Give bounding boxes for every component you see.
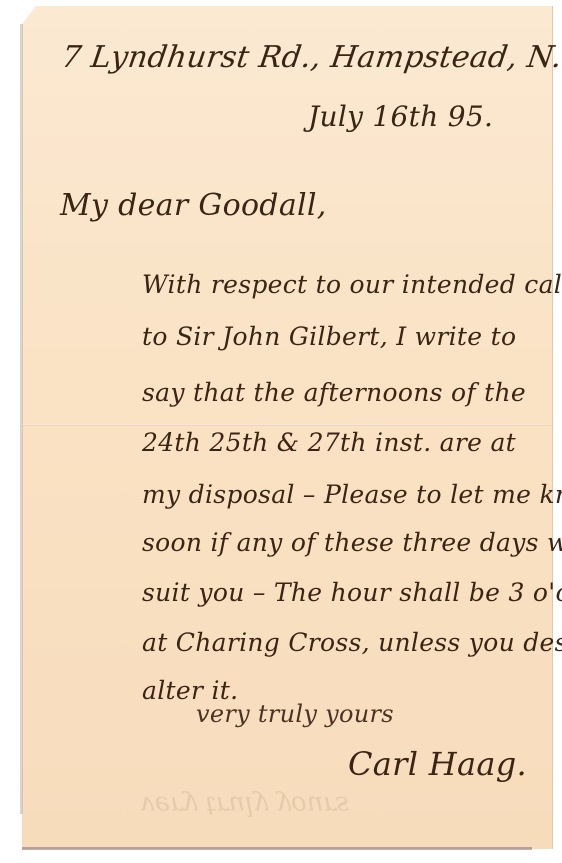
body-line-5: my disposal – Please to let me know — [142, 480, 562, 509]
ink-bleed-through: very truly yours — [140, 790, 349, 820]
body-line-1: With respect to our intended call — [142, 270, 562, 299]
signature: Carl Haag. — [348, 745, 527, 783]
body-line-2: to Sir John Gilbert, I write to — [142, 322, 516, 351]
letter-date: July 16th 95. — [308, 100, 493, 133]
sender-address: 7 Lyndhurst Rd., Hampstead, N.W. — [60, 40, 562, 75]
closing: very truly yours — [196, 700, 394, 728]
paper-fold-crease — [22, 424, 552, 426]
paper-left-edge-shadow — [20, 24, 23, 814]
body-line-3: say that the afternoons of the — [142, 378, 526, 407]
body-line-6: soon if any of these three days will — [142, 528, 562, 557]
body-line-7: suit you – The hour shall be 3 o'clock — [142, 578, 562, 607]
salutation: My dear Goodall, — [60, 188, 327, 223]
body-line-8: at Charing Cross, unless you desire to — [142, 628, 562, 657]
paper-bottom-edge-shadow — [22, 847, 532, 850]
body-line-4: 24th 25th & 27th inst. are at — [142, 428, 516, 457]
